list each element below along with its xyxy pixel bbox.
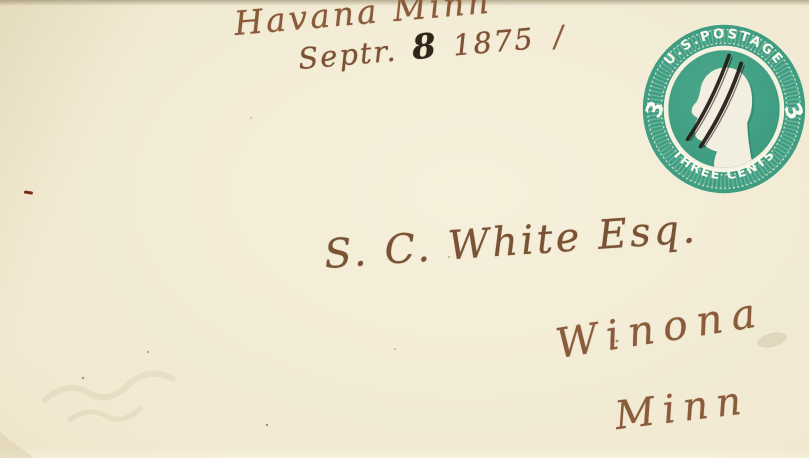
postage-stamp: U.S.POSTAGE THREE CENTS 3 3 bbox=[640, 22, 808, 196]
ghost-writing-offset bbox=[45, 374, 173, 420]
corner-fold-shadow bbox=[0, 432, 34, 458]
postmark-date-year: 1875 bbox=[452, 21, 536, 62]
postmark-date-prefix: Septr. bbox=[297, 33, 399, 76]
postmark-date-flourish: / bbox=[544, 19, 567, 55]
address-city-line: Winona bbox=[552, 288, 767, 368]
envelope-scan: Havana Minn Septr. 8 1875 / S. C. White … bbox=[0, 0, 809, 458]
postmark-date-day: 8 bbox=[406, 26, 443, 69]
address-state-line: Minn bbox=[613, 378, 752, 439]
address-name-line: S. C. White Esq. bbox=[323, 206, 700, 278]
red-ink-speck bbox=[24, 190, 33, 194]
